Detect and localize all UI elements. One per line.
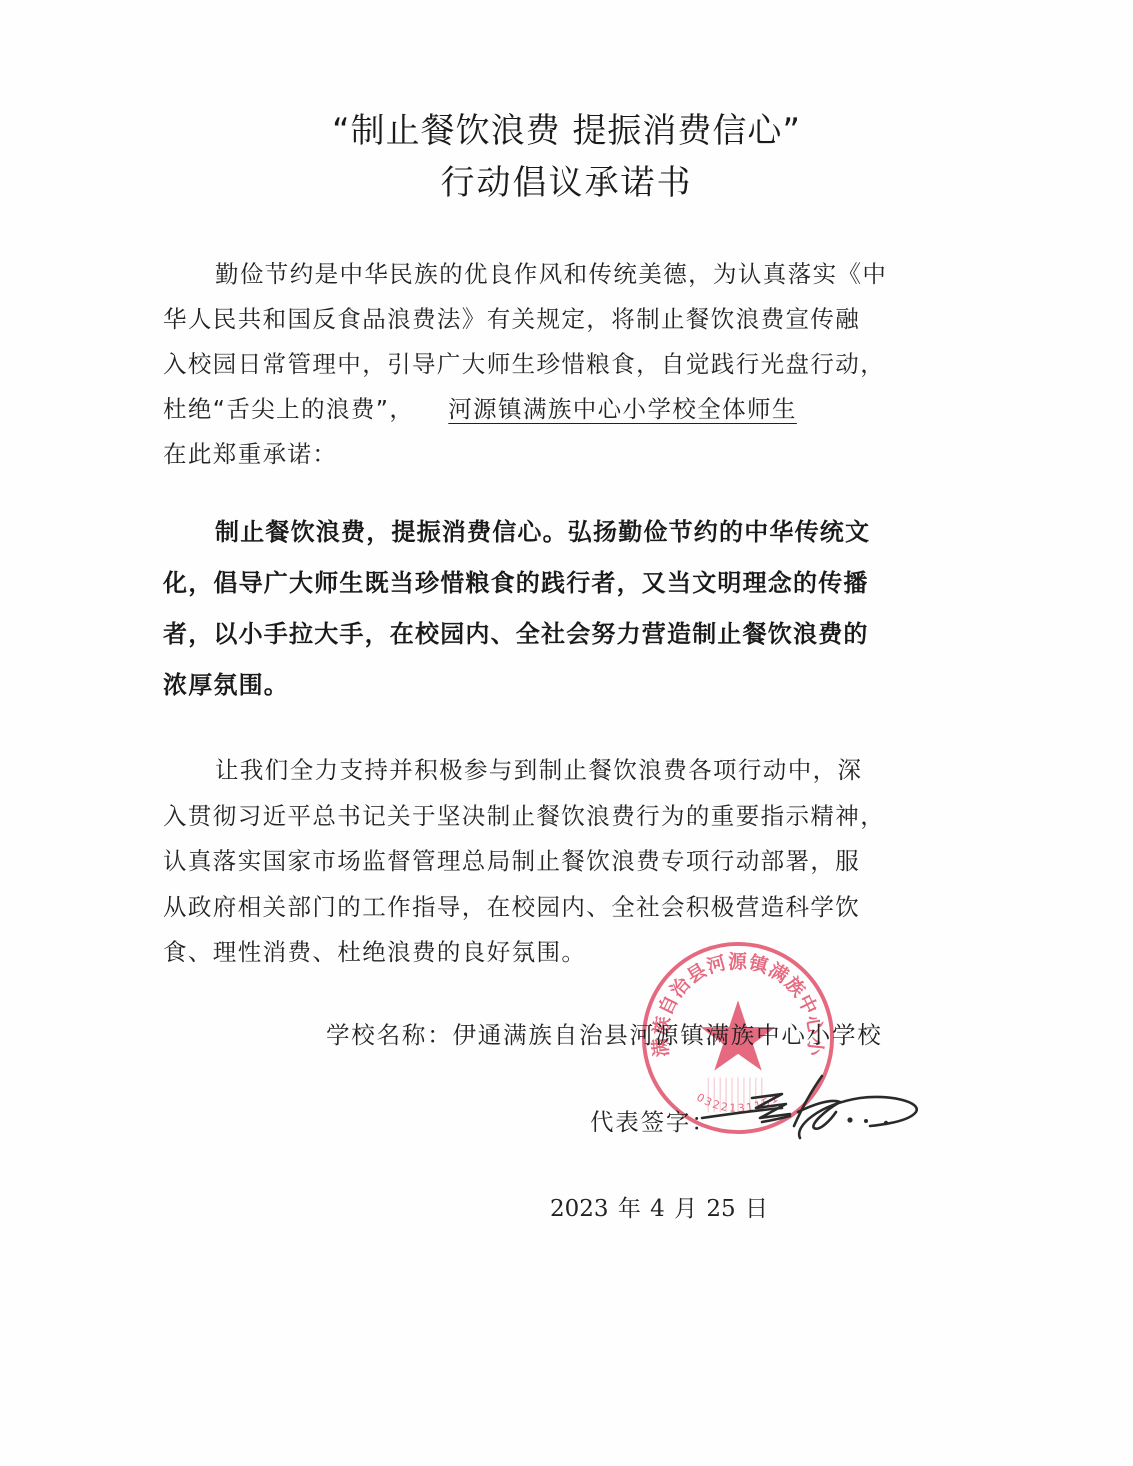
paragraph-intro: 勤俭节约是中华民族的优良作风和传统美德，为认真落实《中 华人民共和国反食品浪费法… bbox=[163, 252, 911, 477]
school-name-label: 学校名称： bbox=[326, 1021, 453, 1049]
document-page: “制止餐饮浪费 提振消费信心” 行动倡议承诺书 勤俭节约是中华民族的优良作风和传… bbox=[0, 0, 1133, 1466]
paragraph-line: 化，倡导广大师生既当珍惜粮食的践行者，又当文明理念的传播 bbox=[163, 558, 911, 609]
paragraph-line: 勤俭节约是中华民族的优良作风和传统美德，为认真落实《中 bbox=[163, 252, 911, 297]
document-date: 2023 年 4 月 25 日 bbox=[550, 1190, 768, 1223]
paragraph-line-text: 杜绝“舌尖上的浪费”， bbox=[163, 395, 414, 423]
school-name-value: 伊通满族自治县河源镇满族中心小学校 bbox=[453, 1021, 883, 1049]
paragraph-line: 者，以小手拉大手，在校园内、全社会努力营造制止餐饮浪费的 bbox=[163, 609, 911, 660]
school-name-line: 学校名称：伊通满族自治县河源镇满族中心小学校 bbox=[326, 1016, 883, 1050]
paragraph-line: 杜绝“舌尖上的浪费”，河源镇满族中心小学校全体师生 bbox=[163, 387, 911, 432]
paragraph-line: 华人民共和国反食品浪费法》有关规定，将制止餐饮浪费宣传融 bbox=[163, 297, 911, 342]
underlined-school-name: 河源镇满族中心小学校全体师生 bbox=[448, 395, 797, 423]
paragraph-line: 浓厚氛围。 bbox=[163, 660, 911, 711]
paragraph-line: 入校园日常管理中，引导广大师生珍惜粮食，自觉践行光盘行动， bbox=[163, 342, 911, 387]
paragraph-line: 让我们全力支持并积极参与到制止餐饮浪费各项行动中，深 bbox=[163, 748, 911, 794]
paragraph-line: 入贯彻习近平总书记关于坚决制止餐饮浪费行为的重要指示精神， bbox=[163, 794, 911, 840]
paragraph-line: 在此郑重承诺： bbox=[163, 432, 911, 477]
handwritten-signature-icon bbox=[690, 1068, 930, 1148]
document-title-line1: “制止餐饮浪费 提振消费信心” bbox=[0, 103, 1133, 152]
document-title-line2: 行动倡议承诺书 bbox=[0, 155, 1133, 204]
paragraph-pledge: 制止餐饮浪费，提振消费信心。弘扬勤俭节约的中华传统文 化，倡导广大师生既当珍惜粮… bbox=[163, 507, 911, 711]
paragraph-line: 认真落实国家市场监督管理总局制止餐饮浪费专项行动部署，服 bbox=[163, 839, 911, 885]
paragraph-line: 从政府相关部门的工作指导，在校园内、全社会积极营造科学饮 bbox=[163, 885, 911, 931]
paragraph-line: 制止餐饮浪费，提振消费信心。弘扬勤俭节约的中华传统文 bbox=[163, 507, 911, 558]
